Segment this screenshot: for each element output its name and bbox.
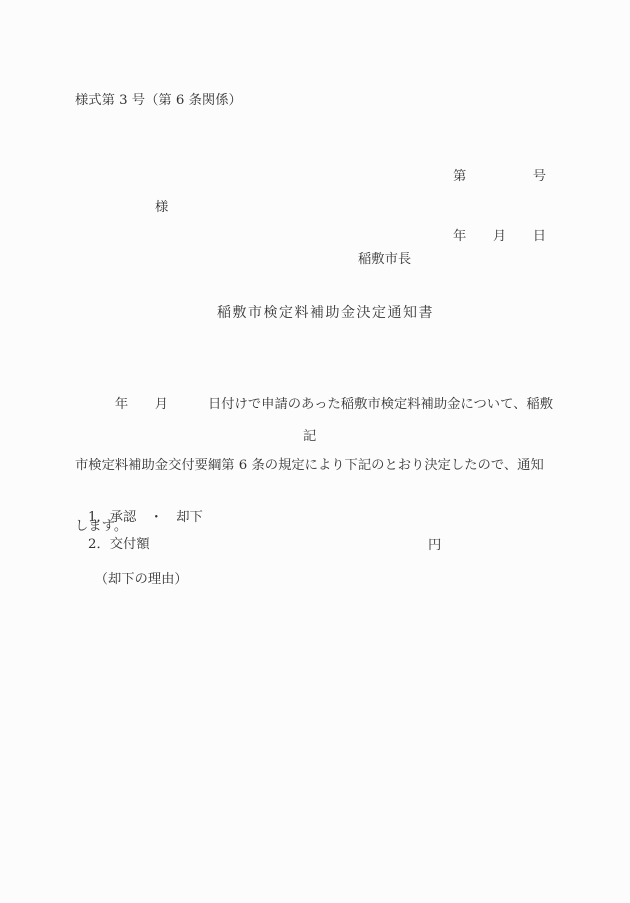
body-line-1: 年 月 日付けで申請のあった稲敷市検定料補助金について、稲敷 xyxy=(75,395,565,415)
item-2-grant-amount-label: 2．交付額 xyxy=(88,537,150,554)
item-1-rejection-reason-label: （却下の理由） xyxy=(88,570,203,591)
sender-name: 稲敷市長 xyxy=(358,252,411,269)
doc-number-line: 第 号 xyxy=(453,167,546,187)
form-number-label: 様式第 3 号（第 6 条関係） xyxy=(75,93,242,110)
document-page: 様式第 3 号（第 6 条関係） 第 号 年 月 日 様 稲敷市長 稲敷市検定料… xyxy=(0,0,630,903)
document-title: 稲敷市検定料補助金決定通知書 xyxy=(217,305,434,323)
doc-meta-block: 第 号 年 月 日 xyxy=(453,127,546,287)
item-1-label: 1．承認 ・ 却下 xyxy=(88,508,203,529)
addressee-suffix: 様 xyxy=(155,200,168,217)
date-line: 年 月 日 xyxy=(453,227,546,247)
item-2-yen-unit: 円 xyxy=(428,538,441,555)
record-marker: 記 xyxy=(303,429,316,446)
